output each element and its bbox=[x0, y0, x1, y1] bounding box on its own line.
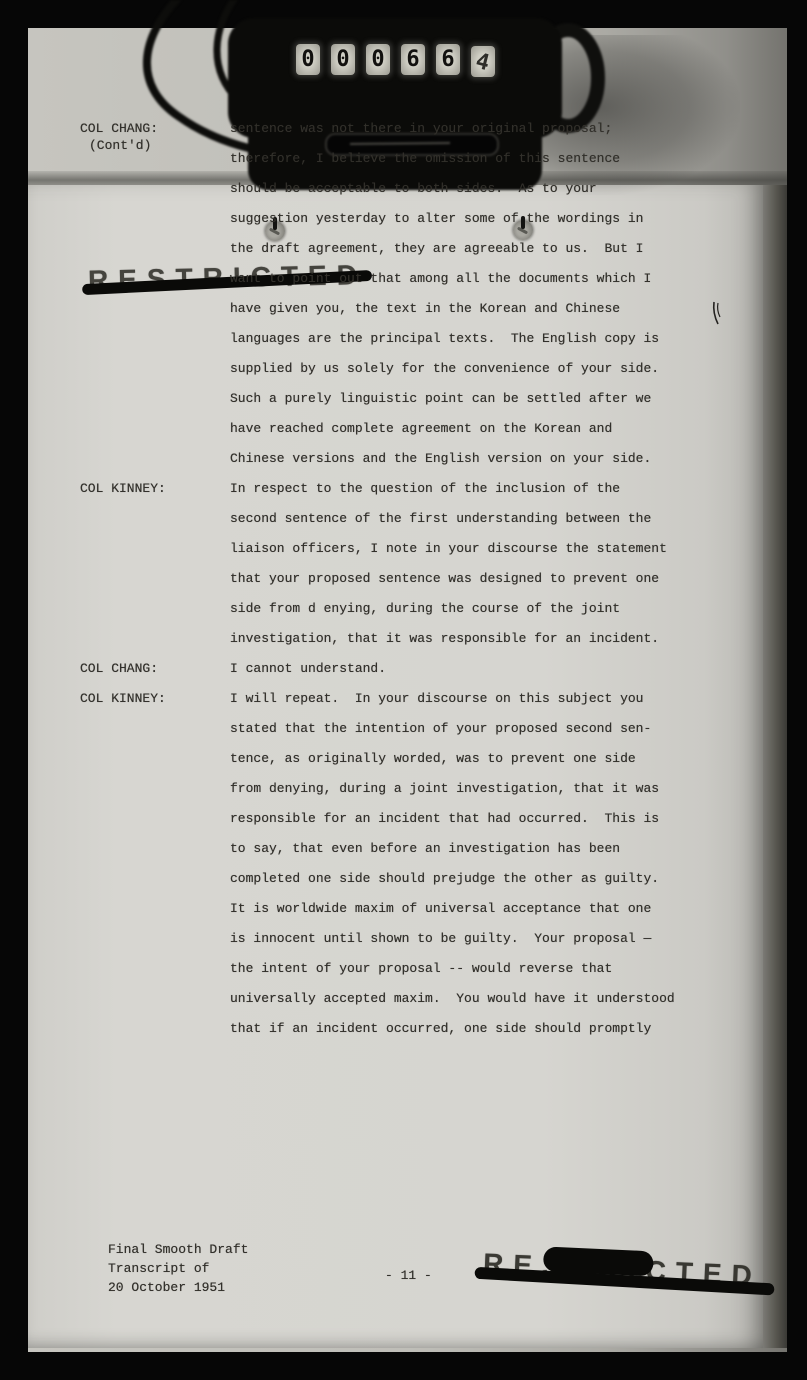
counter-digit: 4 bbox=[471, 46, 495, 77]
transcript-line: suggestion yesterday to alter some of th… bbox=[230, 204, 720, 234]
transcript-line: responsible for an incident that had occ… bbox=[230, 804, 720, 834]
transcript-line: liaison officers, I note in your discour… bbox=[230, 534, 720, 564]
counter-digit: 0 bbox=[296, 44, 320, 75]
page-right-shadow bbox=[763, 185, 787, 1348]
transcript-line: I will repeat. In your discourse on this… bbox=[230, 684, 720, 714]
transcript-line: that your proposed sentence was designed… bbox=[230, 564, 720, 594]
counter-digit: 0 bbox=[331, 44, 355, 75]
transcript-line: should be acceptable to both sides. As t… bbox=[230, 174, 720, 204]
speaker-label: COL CHANG: bbox=[80, 654, 230, 684]
transcript-line: In respect to the question of the inclus… bbox=[230, 474, 720, 504]
transcript-line: the draft agreement, they are agreeable … bbox=[230, 234, 720, 264]
transcript-line: therefore, I believe the omission of thi… bbox=[230, 144, 720, 174]
transcript-line: completed one side should prejudge the o… bbox=[230, 864, 720, 894]
transcript-entry: COL CHANG:I cannot understand. bbox=[80, 654, 720, 684]
transcript-line: second sentence of the first understandi… bbox=[230, 504, 720, 534]
transcript-line: supplied by us solely for the convenienc… bbox=[230, 354, 720, 384]
pen-mark bbox=[708, 300, 724, 326]
transcript-line: the intent of your proposal -- would rev… bbox=[230, 954, 720, 984]
redaction-blob bbox=[543, 1246, 654, 1276]
transcript-line: tence, as originally worded, was to prev… bbox=[230, 744, 720, 774]
transcript-entry: COL KINNEY:In respect to the question of… bbox=[80, 474, 720, 654]
transcript-line: to say, that even before an investigatio… bbox=[230, 834, 720, 864]
counter-digit: 6 bbox=[401, 44, 425, 75]
transcript-entry: COL KINNEY:I will repeat. In your discou… bbox=[80, 684, 720, 1044]
speaker-label: COL KINNEY: bbox=[80, 684, 230, 714]
transcript-line: is innocent until shown to be guilty. Yo… bbox=[230, 924, 720, 954]
speaker-label: COL KINNEY: bbox=[80, 474, 230, 504]
transcript-line: Such a purely linguistic point can be se… bbox=[230, 384, 720, 414]
transcript-line: side from d enying, during the course of… bbox=[230, 594, 720, 624]
transcript-line: It is worldwide maxim of universal accep… bbox=[230, 894, 720, 924]
counter-digits: 0 0 0 6 6 4 bbox=[296, 44, 495, 75]
transcript-line: from denying, during a joint investigati… bbox=[230, 774, 720, 804]
counter-digit: 0 bbox=[366, 44, 390, 75]
transcript-line: languages are the principal texts. The E… bbox=[230, 324, 720, 354]
transcript-line: Chinese versions and the English version… bbox=[230, 444, 720, 474]
transcript-line: want to point out that among all the doc… bbox=[230, 264, 720, 294]
transcript-line: sentence was not there in your original … bbox=[230, 114, 720, 144]
transcript-line: have given you, the text in the Korean a… bbox=[230, 294, 720, 324]
transcript-line: stated that the intention of your propos… bbox=[230, 714, 720, 744]
transcript-line: universally accepted maxim. You would ha… bbox=[230, 984, 720, 1014]
transcript: COL CHANG:(Cont'd)sentence was not there… bbox=[80, 114, 720, 1044]
transcript-line: that if an incident occurred, one side s… bbox=[230, 1014, 720, 1044]
transcript-entry: COL CHANG:(Cont'd)sentence was not there… bbox=[80, 114, 720, 474]
transcript-line: have reached complete agreement on the K… bbox=[230, 414, 720, 444]
transcript-line: I cannot understand. bbox=[230, 654, 720, 684]
counter-digit: 6 bbox=[436, 44, 460, 75]
transcript-line: investigation, that it was responsible f… bbox=[230, 624, 720, 654]
